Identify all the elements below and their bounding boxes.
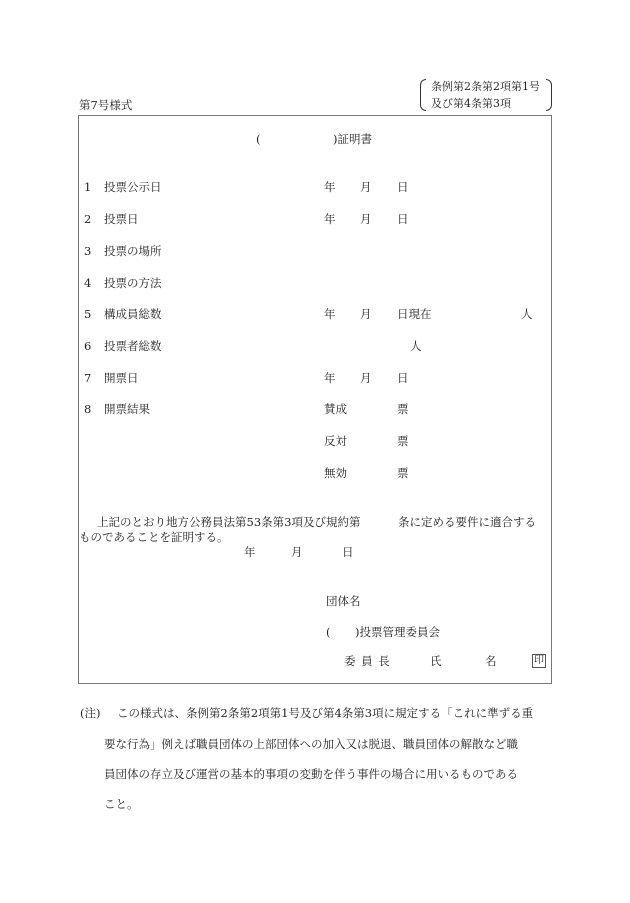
form-number: 第7号様式 [79,100,132,112]
certification-text-2: ものであることを証明する。 [79,532,229,544]
item-label-total-members: 構成員総数 [104,309,162,321]
day-label: 日 [397,214,409,226]
name-label-2: 名 [485,656,497,668]
committee-open-paren: ( [326,627,331,639]
item-number: 7 [84,373,91,385]
item-number: 2 [84,214,91,226]
persons-unit: 人 [410,341,422,353]
item-label-voting-method: 投票の方法 [104,278,162,290]
item-label-total-voters: 投票者総数 [104,341,162,353]
item-label-counting-date: 開票日 [104,373,139,385]
result-label-invalid: 無効 [324,468,347,480]
org-name-label: 団体名 [326,596,361,608]
note-line-4: こと。 [104,799,139,811]
chair-label: 委 員 長 [344,656,391,668]
day-as-of-label: 日現在 [397,309,432,321]
certification-text-1a: 上記のとおり地方公務員法第53条第3項及び規約第 [97,517,360,529]
month-label: 月 [360,309,372,321]
votes-unit: 票 [397,436,409,448]
right-bracket [546,79,552,111]
day-label: 日 [397,182,409,194]
cert-day-label: 日 [342,547,354,559]
certificate-form-box [78,115,552,684]
item-number: 3 [84,246,91,258]
item-label-voting-date: 投票日 [104,214,139,226]
item-label-announcement-date: 投票公示日 [104,182,162,194]
votes-unit: 票 [397,468,409,480]
reference-bracket: 条例第2条第2項第1号 及び第4条第3項 [420,79,552,113]
item-number: 8 [84,404,91,416]
day-label: 日 [397,373,409,385]
month-label: 月 [360,182,372,194]
year-label: 年 [324,214,336,226]
cert-year-label: 年 [244,547,256,559]
note-line-3: 員団体の存立及び運営の基本的事項の変動を伴う事件の場合に用いるものである [104,769,518,781]
item-number: 6 [84,341,91,353]
month-label: 月 [360,214,372,226]
committee-label: )投票管理委員会 [355,627,440,639]
note-line-1: この様式は、条例第2条第2項第1号及び第4条第3項に規定する「これに準ずる重 [117,708,533,720]
result-label-for: 賛成 [324,404,347,416]
item-label-counting-result: 開票結果 [104,404,150,416]
certification-text-1b: 条に定める要件に適合する [398,517,536,529]
note-line-2: 要な行為」例えば職員団体の上部団体への加入又は脱退、職員団体の解散など職 [104,739,518,751]
item-number: 5 [84,309,91,321]
year-label: 年 [324,182,336,194]
month-label: 月 [360,373,372,385]
item-label-voting-place: 投票の場所 [104,246,162,258]
title-open-paren: ( [256,134,261,146]
certificate-title: )証明書 [333,134,372,146]
year-label: 年 [324,309,336,321]
votes-unit: 票 [397,404,409,416]
reference-line-1: 条例第2条第2項第1号 [431,81,540,92]
note-prefix: (注) [80,708,100,720]
left-bracket [420,79,426,111]
cert-month-label: 月 [291,547,303,559]
item-number: 4 [84,278,91,290]
reference-line-2: 及び第4条第3項 [431,98,511,109]
year-label: 年 [324,373,336,385]
persons-unit: 人 [521,309,533,321]
seal-mark-icon: 印 [532,654,546,668]
item-number: 1 [84,182,91,194]
result-label-against: 反対 [324,436,347,448]
name-label-1: 氏 [430,656,442,668]
